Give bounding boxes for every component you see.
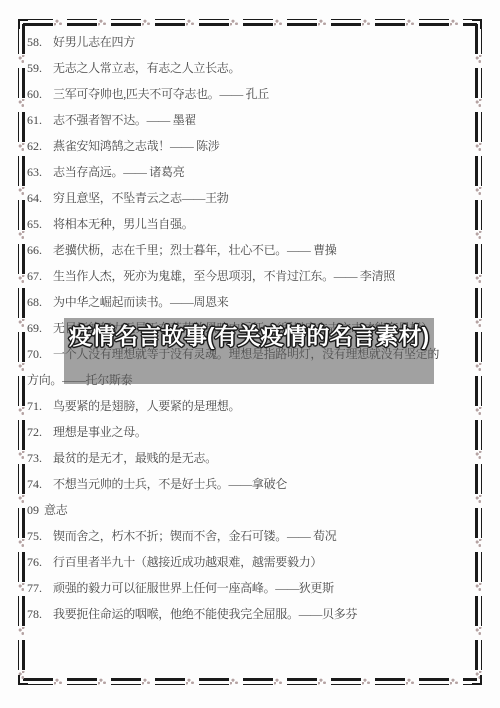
item-number: 78. <box>27 601 53 627</box>
quote-item: 59.无志之人常立志，有志之人立长志。 <box>27 55 441 81</box>
quote-item: 63.志当存高远。—— 诸葛亮 <box>27 159 441 185</box>
item-number: 74. <box>27 471 53 497</box>
frame-edge-top <box>23 19 477 26</box>
item-text: 意志 <box>44 503 67 517</box>
item-number: 65. <box>27 211 53 237</box>
item-number: 76. <box>27 549 53 575</box>
frame-edge-right <box>475 24 482 680</box>
frame-edge-bottom <box>23 678 477 685</box>
item-number: 72. <box>27 419 53 445</box>
quote-item: 76.行百里者半九十（越接近成功越艰难，越需要毅力） <box>27 549 441 575</box>
item-text: 三军可夺帅也,匹夫不可夺志也。—— 孔丘 <box>53 87 269 101</box>
quote-item: 73.最贫的是无才，最贱的是无志。 <box>27 445 441 471</box>
item-number: 59. <box>27 55 53 81</box>
frame-corner-top-right <box>472 19 482 29</box>
item-text: 为中华之崛起而读书。——周恩来 <box>53 295 229 309</box>
item-text: 将相本无种，男儿当自强。 <box>53 217 193 231</box>
item-text: 老骥伏枥，志在千里；烈士暮年，壮心不已。—— 曹操 <box>53 243 337 257</box>
item-number: 60. <box>27 81 53 107</box>
quote-item: 68.为中华之崛起而读书。——周恩来 <box>27 289 441 315</box>
quote-item: 77.顽强的毅力可以征服世界上任何一座高峰。——狄更斯 <box>27 575 441 601</box>
frame-corner-bottom-left <box>18 675 28 685</box>
item-number: 66. <box>27 237 53 263</box>
quote-item: 66.老骥伏枥，志在千里；烈士暮年，壮心不已。—— 曹操 <box>27 237 441 263</box>
item-text: 顽强的毅力可以征服世界上任何一座高峰。——狄更斯 <box>53 581 334 595</box>
quote-item: 67.生当作人杰，死亦为鬼雄，至今思项羽，不肯过江东。—— 李清照 <box>27 263 441 289</box>
title-overlay: 疫情名言故事(有关疫情的名言素材) <box>64 318 434 384</box>
item-text: 最贫的是无才，最贱的是无志。 <box>53 451 217 465</box>
quote-page: 58.好男儿志在四方 59.无志之人常立志，有志之人立长志。 60.三军可夺帅也… <box>0 0 500 708</box>
quote-item: 09意志 <box>27 497 441 523</box>
item-text: 志当存高远。—— 诸葛亮 <box>53 165 184 179</box>
quote-item: 71.鸟要紧的是翅膀，人要紧的是理想。 <box>27 393 441 419</box>
quote-item: 62.燕雀安知鸿鹄之志哉！—— 陈涉 <box>27 133 441 159</box>
item-number: 77. <box>27 575 53 601</box>
item-number: 75. <box>27 523 53 549</box>
item-text: 理想是事业之母。 <box>53 425 147 439</box>
quote-item: 58.好男儿志在四方 <box>27 29 441 55</box>
item-number: 09 <box>27 497 39 523</box>
item-text: 穷且意坚，不坠青云之志——王勃 <box>53 191 229 205</box>
item-number: 71. <box>27 393 53 419</box>
frame-corner-top-left <box>18 19 28 29</box>
page-title: 疫情名言故事(有关疫情的名言素材) <box>64 318 434 352</box>
item-number: 70. <box>27 341 53 367</box>
quote-item: 64.穷且意坚，不坠青云之志——王勃 <box>27 185 441 211</box>
item-text: 锲而舍之，朽木不折；锲而不舍，金石可镂。—— 荀况 <box>53 529 337 543</box>
item-text: 行百里者半九十（越接近成功越艰难，越需要毅力） <box>53 555 322 569</box>
frame-edge-left <box>18 24 25 680</box>
quote-item: 60.三军可夺帅也,匹夫不可夺志也。—— 孔丘 <box>27 81 441 107</box>
item-number: 64. <box>27 185 53 211</box>
item-text: 不想当元帅的士兵，不是好士兵。——拿破仑 <box>53 477 287 491</box>
quote-item: 75.锲而舍之，朽木不折；锲而不舍，金石可镂。—— 荀况 <box>27 523 441 549</box>
item-text: 生当作人杰，死亦为鬼雄，至今思项羽，不肯过江东。—— 李清照 <box>53 269 395 283</box>
item-number: 62. <box>27 133 53 159</box>
frame-corner-bottom-right <box>472 675 482 685</box>
item-text: 好男儿志在四方 <box>53 35 135 49</box>
item-text: 燕雀安知鸿鹄之志哉！—— 陈涉 <box>53 139 220 153</box>
quote-item: 78.我要扼住命运的咽喉，他绝不能使我完全屈服。——贝多芬 <box>27 601 441 627</box>
item-number: 67. <box>27 263 53 289</box>
item-text: 我要扼住命运的咽喉，他绝不能使我完全屈服。——贝多芬 <box>53 607 357 621</box>
item-text: 鸟要紧的是翅膀，人要紧的是理想。 <box>53 399 240 413</box>
item-number: 73. <box>27 445 53 471</box>
item-number: 69. <box>27 315 53 341</box>
item-number: 63. <box>27 159 53 185</box>
quote-item: 61.志不强者智不达。—— 墨翟 <box>27 107 441 133</box>
item-number: 68. <box>27 289 53 315</box>
quote-item: 74.不想当元帅的士兵，不是好士兵。——拿破仑 <box>27 471 441 497</box>
item-text: 志不强者智不达。—— 墨翟 <box>53 113 196 127</box>
item-number: 61. <box>27 107 53 133</box>
quote-item: 72.理想是事业之母。 <box>27 419 441 445</box>
item-text: 无志之人常立志，有志之人立长志。 <box>53 61 240 75</box>
quote-item: 65.将相本无种，男儿当自强。 <box>27 211 441 237</box>
item-number: 58. <box>27 29 53 55</box>
